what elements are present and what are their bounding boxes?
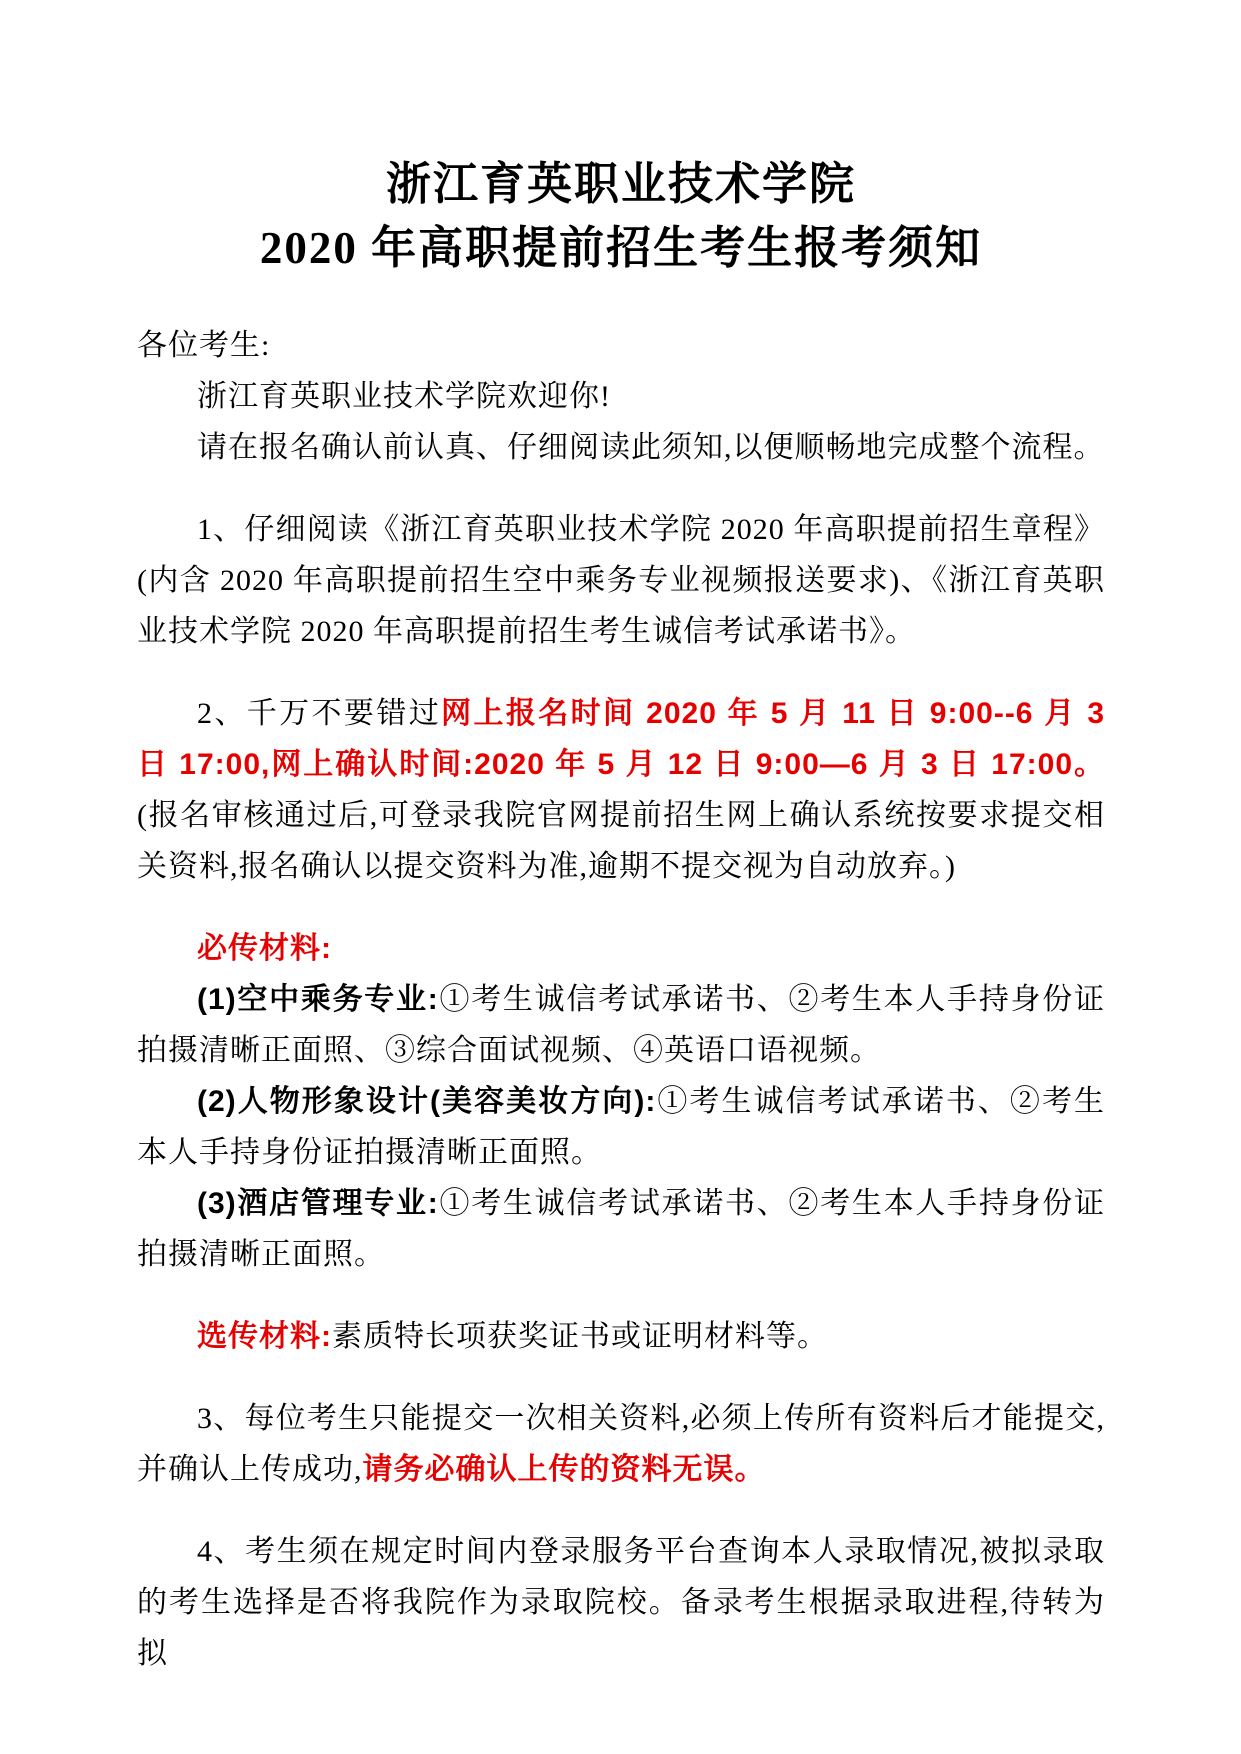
document-page: 浙江育英职业技术学院 2020 年高职提前招生考生报考须知 各位考生: 浙江育英… (0, 0, 1241, 1754)
paragraph-optional-materials: 选传材料:素质特长项获奖证书或证明材料等。 (137, 1311, 1105, 1362)
required-item-2-label: (2)人物形象设计(美容美妆方向): (197, 1085, 656, 1118)
optional-materials-heading: 选传材料: (197, 1320, 332, 1353)
salutation: 各位考生: (137, 320, 1105, 371)
paragraph-item3: 3、每位考生只能提交一次相关资料,必须上传所有资料后才能提交,并确认上传成功,请… (137, 1393, 1105, 1495)
item2-prefix: 2、千万不要错过 (197, 697, 441, 730)
paragraph-welcome: 浙江育英职业技术学院欢迎你! (137, 371, 1105, 422)
paragraph-intro: 请在报名确认前认真、仔细阅读此须知,以便顺畅地完成整个流程。 (137, 422, 1105, 473)
paragraph-item4: 4、考生须在规定时间内登录服务平台查询本人录取情况,被拟录取的考生选择是否将我院… (137, 1526, 1105, 1679)
item3-highlight: 请务必确认上传的资料无误。 (363, 1453, 766, 1486)
paragraph-item1: 1、仔细阅读《浙江育英职业技术学院 2020 年高职提前招生章程》(内含 202… (137, 504, 1105, 657)
document-content: 浙江育英职业技术学院 2020 年高职提前招生考生报考须知 各位考生: 浙江育英… (0, 0, 1241, 1679)
required-item-3-label: (3)酒店管理专业: (197, 1187, 439, 1220)
required-item-1: (1)空中乘务专业:①考生诚信考试承诺书、②考生本人手持身份证拍摄清晰正面照、③… (137, 974, 1105, 1076)
required-materials-heading: 必传材料: (137, 923, 1105, 974)
item2-note: (报名审核通过后,可登录我院官网提前招生网上确认系统按要求提交相关资料,报名确认… (137, 799, 1105, 883)
document-title-line1: 浙江育英职业技术学院 (137, 152, 1105, 216)
paragraph-item2: 2、千万不要错过网上报名时间 2020 年 5 月 11 日 9:00--6 月… (137, 688, 1105, 892)
required-item-2: (2)人物形象设计(美容美妆方向):①考生诚信考试承诺书、②考生本人手持身份证拍… (137, 1076, 1105, 1178)
optional-materials-text: 素质特长项获奖证书或证明材料等。 (332, 1320, 828, 1353)
required-item-1-label: (1)空中乘务专业: (197, 983, 439, 1016)
required-item-3: (3)酒店管理专业:①考生诚信考试承诺书、②考生本人手持身份证拍摄清晰正面照。 (137, 1178, 1105, 1280)
document-title-line2: 2020 年高职提前招生考生报考须知 (137, 216, 1105, 280)
